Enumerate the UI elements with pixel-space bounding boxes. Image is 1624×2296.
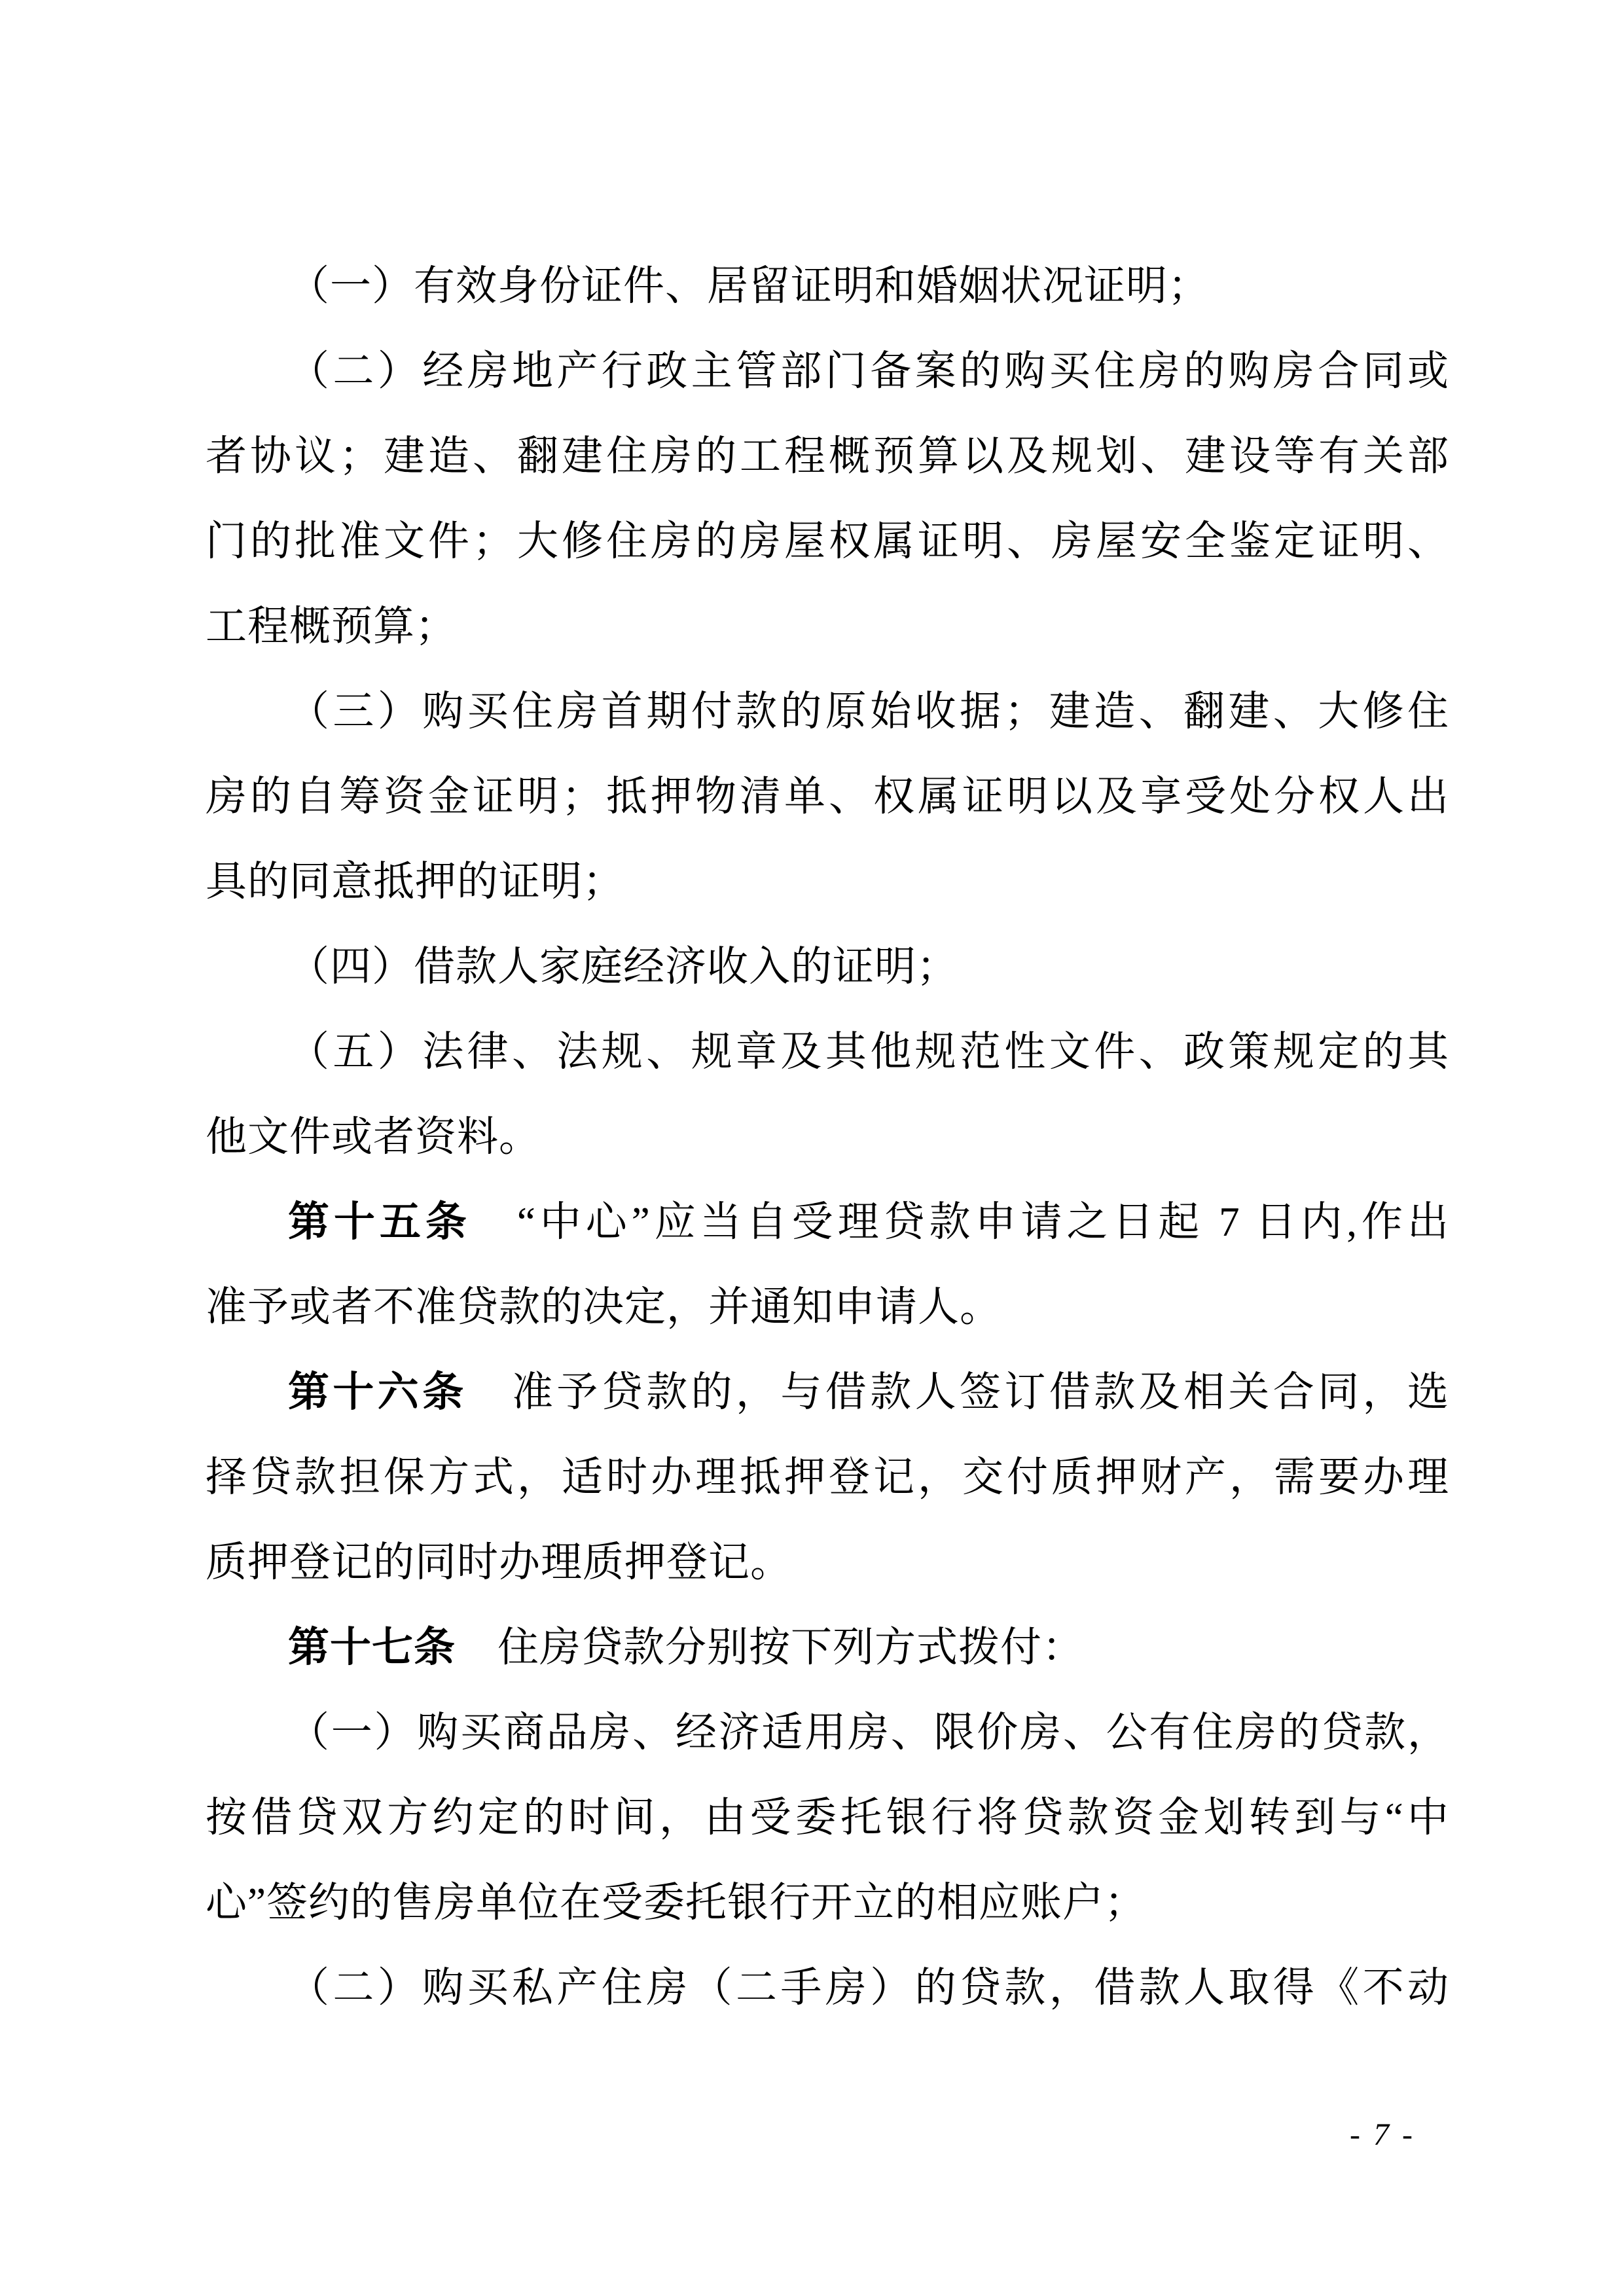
text-line: 工程概预算；: [206, 584, 1449, 669]
document-body: （一）有效身份证件、居留证明和婚姻状况证明；（二）经房地产行政主管部门备案的购买…: [206, 243, 1449, 2030]
text-line: （三）购买住房首期付款的原始收据；建造、翻建、大修住: [206, 669, 1449, 754]
text-line: （二）经房地产行政主管部门备案的购买住房的购房合同或: [206, 329, 1449, 414]
text-line: （四）借款人家庭经济收入的证明；: [206, 924, 1449, 1009]
text-line: 具的同意抵押的证明；: [206, 839, 1449, 924]
text-line: 按借贷双方约定的时间，由受委托银行将贷款资金划转到与“中: [206, 1775, 1449, 1860]
text-line: 他文件或者资料。: [206, 1094, 1449, 1179]
document-page: （一）有效身份证件、居留证明和婚姻状况证明；（二）经房地产行政主管部门备案的购买…: [0, 0, 1624, 2296]
article-line: 第十七条 住房贷款分别按下列方式拨付：: [206, 1605, 1449, 1690]
page-number: - 7 -: [1350, 2115, 1415, 2155]
text-line: （一）购买商品房、经济适用房、限价房、公有住房的贷款，: [206, 1690, 1449, 1775]
text-line: 房的自筹资金证明；抵押物清单、权属证明以及享受处分权人出: [206, 754, 1449, 839]
text-line: 门的批准文件；大修住房的房屋权属证明、房屋安全鉴定证明、: [206, 499, 1449, 584]
article-number: 第十七条: [288, 1624, 456, 1670]
text-line: 质押登记的同时办理质押登记。: [206, 1520, 1449, 1605]
text-line: （二）购买私产住房（二手房）的贷款，借款人取得《不动: [206, 1945, 1449, 2030]
article-line: 第十五条 “中心”应当自受理贷款申请之日起 7 日内,作出: [206, 1179, 1449, 1265]
text-line: （五）法律、法规、规章及其他规范性文件、政策规定的其: [206, 1009, 1449, 1094]
text-line: 择贷款担保方式，适时办理抵押登记，交付质押财产，需要办理: [206, 1435, 1449, 1520]
text-line: 心”签约的售房单位在受委托银行开立的相应账户；: [206, 1860, 1449, 1945]
article-number: 第十五条: [288, 1199, 471, 1245]
article-number: 第十六条: [288, 1369, 467, 1415]
text-line: （一）有效身份证件、居留证明和婚姻状况证明；: [206, 243, 1449, 329]
article-line: 第十六条 准予贷款的，与借款人签订借款及相关合同，选: [206, 1350, 1449, 1435]
text-line: 者协议；建造、翻建住房的工程概预算以及规划、建设等有关部: [206, 414, 1449, 499]
text-line: 准予或者不准贷款的决定，并通知申请人。: [206, 1265, 1449, 1350]
